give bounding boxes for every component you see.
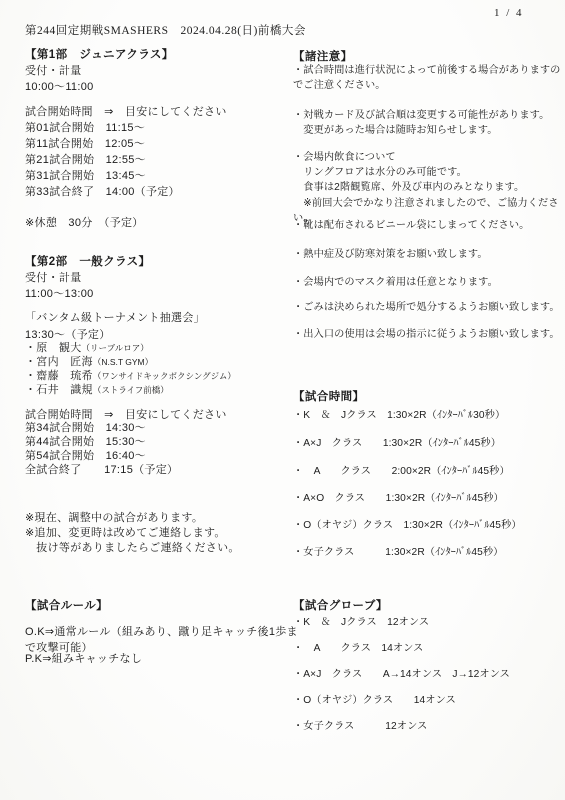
schedule1-line: 第11試合開始 12:05～: [25, 136, 290, 152]
section-part1: 【第1部 ジュニアクラス】 受付・計量 10:00～11:00: [25, 47, 290, 95]
notice-item: ・出入口の使用は会場の指示に従うようお願い致します。: [293, 327, 561, 342]
lottery-member: ・石井 識規（ストライフ前橋）: [25, 384, 290, 398]
notice-item: ・対戦カード及び試合順は変更する可能性があります。 変更があった場合は随時お知ら…: [293, 108, 561, 138]
member-gym: （N.S.T GYM）: [93, 357, 153, 367]
lottery-member-list: ・原 観大（リーブルロア） ・宮内 匠海（N.S.T GYM） ・齋藤 琉希（ワ…: [25, 342, 290, 398]
schedule1-line: 第21試合開始 12:55～: [25, 152, 290, 168]
adjust-note-line: ※現在、調整中の試合があります。: [25, 511, 290, 526]
glove-item: ・A×J クラス A→14オンス J→12オンス: [293, 665, 561, 680]
notice-item: ・熱中症及び防寒対策をお願い致します。: [293, 247, 561, 262]
member-gym: （ストライフ前橋）: [93, 385, 169, 395]
glove-item: ・女子クラス 12オンス: [293, 717, 561, 732]
member-name: ・齋藤 琉希: [25, 370, 93, 382]
lottery-time: 13:30～（予定）: [25, 326, 290, 342]
part2-heading: 【第2部 一般クラス】: [25, 254, 290, 270]
schedule2-list: 第34試合開始 14:30～ 第44試合開始 15:30～ 第54試合開始 16…: [25, 422, 290, 478]
lottery-title: 「バンタム級トーナメント抽選会」: [25, 309, 290, 325]
part1-reception-time: 10:00～11:00: [25, 79, 290, 95]
schedule2-note: 試合開始時間 ⇒ 目安にしてください: [25, 406, 290, 422]
document-title: 第244回定期戦SMASHERS 2024.04.28(日)前橋大会: [25, 22, 306, 38]
schedule2-line: 全試合終了 17:15（予定）: [25, 464, 290, 478]
glove-item: ・ A クラス 14オンス: [293, 639, 561, 654]
part2-reception-time: 11:00～13:00: [25, 286, 290, 302]
glove-item: ・K ＆ Jクラス 12オンス: [293, 613, 561, 628]
rules-pk: P.K⇒組みキャッチなし: [25, 650, 290, 666]
gloves-heading: 【試合グローブ】: [293, 597, 561, 613]
break-note: ※休憩 30分 （予定）: [25, 214, 290, 230]
adjust-note-line: 抜け等がありましたらご連絡ください。: [25, 541, 290, 556]
member-gym: （ワンサイドキックボクシングジム）: [93, 371, 236, 381]
schedule1-note: 試合開始時間 ⇒ 目安にしてください: [25, 103, 290, 119]
schedule1-list: 第01試合開始 11:15～ 第11試合開始 12:05～ 第21試合開始 12…: [25, 120, 290, 200]
lottery-member: ・原 観大（リーブルロア）: [25, 342, 290, 356]
match-time-heading: 【試合時間】: [293, 388, 561, 404]
schedule2-line: 第44試合開始 15:30～: [25, 436, 290, 450]
section-part2: 【第2部 一般クラス】 受付・計量 11:00～13:00: [25, 254, 290, 302]
glove-item: ・O（オヤジ）クラス 14オンス: [293, 691, 561, 706]
member-name: ・原 観大: [25, 342, 82, 354]
part1-reception-label: 受付・計量: [25, 63, 290, 79]
notice-item: ・会場内飲食について リングフロアは水分のみ可能です。 食事は2階観覧席、外及び…: [293, 150, 561, 226]
schedule1-line: 第01試合開始 11:15～: [25, 120, 290, 136]
member-gym: （リーブルロア）: [82, 343, 149, 353]
part1-heading: 【第1部 ジュニアクラス】: [25, 47, 290, 63]
schedule1-line: 第31試合開始 13:45～: [25, 168, 290, 184]
adjust-notes: ※現在、調整中の試合があります。 ※追加、変更時は改めてご連絡します。 抜け等が…: [25, 511, 290, 556]
schedule2-line: 第54試合開始 16:40～: [25, 450, 290, 464]
notices-heading: 【諸注意】: [293, 48, 561, 64]
notice-item: ・会場内でのマスク着用は任意となります。: [293, 275, 561, 290]
match-time-item: ・O（オヤジ）クラス 1:30×2R（ｲﾝﾀｰﾊﾞﾙ45秒）: [293, 516, 561, 531]
lottery-member: ・齋藤 琉希（ワンサイドキックボクシングジム）: [25, 370, 290, 384]
notice-item: ・靴は配布されるビニール袋にしまってください。: [293, 218, 561, 233]
lottery-member: ・宮内 匠海（N.S.T GYM）: [25, 356, 290, 370]
notice-item: ・試合時間は進行状況によって前後する場合がありますの でご注意ください。: [293, 63, 561, 93]
member-name: ・石井 識規: [25, 384, 93, 396]
adjust-note-line: ※追加、変更時は改めてご連絡します。: [25, 526, 290, 541]
member-name: ・宮内 匠海: [25, 356, 93, 368]
schedule2-line: 第34試合開始 14:30～: [25, 422, 290, 436]
match-time-item: ・ A クラス 2:00×2R（ｲﾝﾀｰﾊﾞﾙ45秒）: [293, 462, 561, 477]
match-time-item: ・女子クラス 1:30×2R（ｲﾝﾀｰﾊﾞﾙ45秒）: [293, 543, 561, 558]
document-page: 1 / 4 第244回定期戦SMASHERS 2024.04.28(日)前橋大会…: [0, 0, 565, 800]
page-number: 1 / 4: [494, 7, 524, 19]
part2-reception-label: 受付・計量: [25, 270, 290, 286]
match-time-item: ・A×O クラス 1:30×2R（ｲﾝﾀｰﾊﾞﾙ45秒）: [293, 489, 561, 504]
match-time-item: ・A×J クラス 1:30×2R（ｲﾝﾀｰﾊﾞﾙ45秒）: [293, 434, 561, 449]
rules-heading: 【試合ルール】: [25, 597, 290, 613]
match-time-item: ・K ＆ Jクラス 1:30×2R（ｲﾝﾀｰﾊﾞﾙ30秒）: [293, 406, 561, 421]
schedule1-line: 第33試合終了 14:00（予定）: [25, 184, 290, 200]
notice-item: ・ごみは決められた場所で処分するようお願い致します。: [293, 300, 561, 315]
